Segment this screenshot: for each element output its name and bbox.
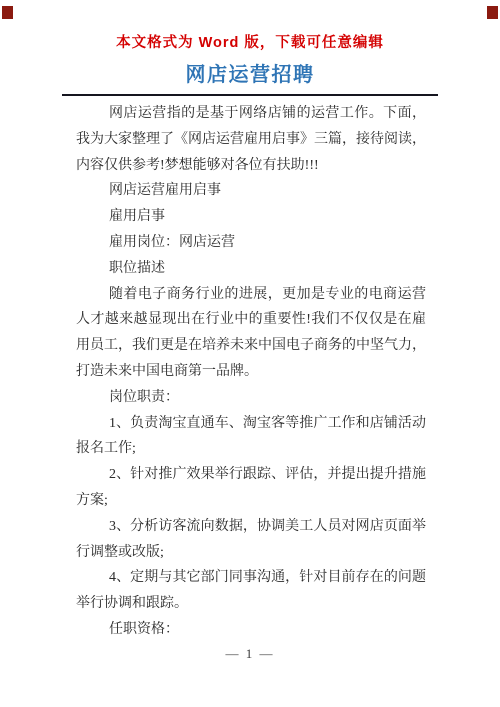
- paragraph: 3、分析访客流向数据，协调美工人员对网店页面举行调整或改版;: [76, 514, 426, 566]
- paragraph: 雇用启事: [76, 204, 426, 230]
- paragraph: 岗位职责：: [76, 385, 426, 411]
- document-title: 网店运营招聘: [0, 58, 500, 87]
- paragraph: 1、负责淘宝直通车、淘宝客等推广工作和店铺活动报名工作;: [76, 411, 426, 463]
- paragraph: 任职资格：: [76, 617, 426, 643]
- title-divider: [62, 94, 438, 96]
- corner-mark-right: [487, 6, 498, 19]
- paragraph: 职位描述: [76, 256, 426, 282]
- page-number: — 1 —: [0, 646, 500, 662]
- paragraph: 4、定期与其它部门同事沟通，针对目前存在的问题举行协调和跟踪。: [76, 565, 426, 617]
- paragraph: 2、针对推广效果举行跟踪、评估，并提出提升措施方案;: [76, 462, 426, 514]
- corner-mark-left: [2, 6, 13, 19]
- document-body: 网店运营指的是基于网络店铺的运营工作。下面，我为大家整理了《网店运营雇用启事》三…: [76, 101, 426, 643]
- word-format-watermark: 本文格式为 Word 版，下载可任意编辑: [0, 31, 500, 52]
- paragraph: 网店运营雇用启事: [76, 178, 426, 204]
- document-page: 本文格式为 Word 版，下载可任意编辑 网店运营招聘 网店运营指的是基于网络店…: [0, 0, 500, 707]
- paragraph: 雇用岗位：网店运营: [76, 230, 426, 256]
- paragraph: 随着电子商务行业的进展，更加是专业的电商运营人才越来越显现出在行业中的重要性!我…: [76, 282, 426, 385]
- paragraph: 网店运营指的是基于网络店铺的运营工作。下面，我为大家整理了《网店运营雇用启事》三…: [76, 101, 426, 178]
